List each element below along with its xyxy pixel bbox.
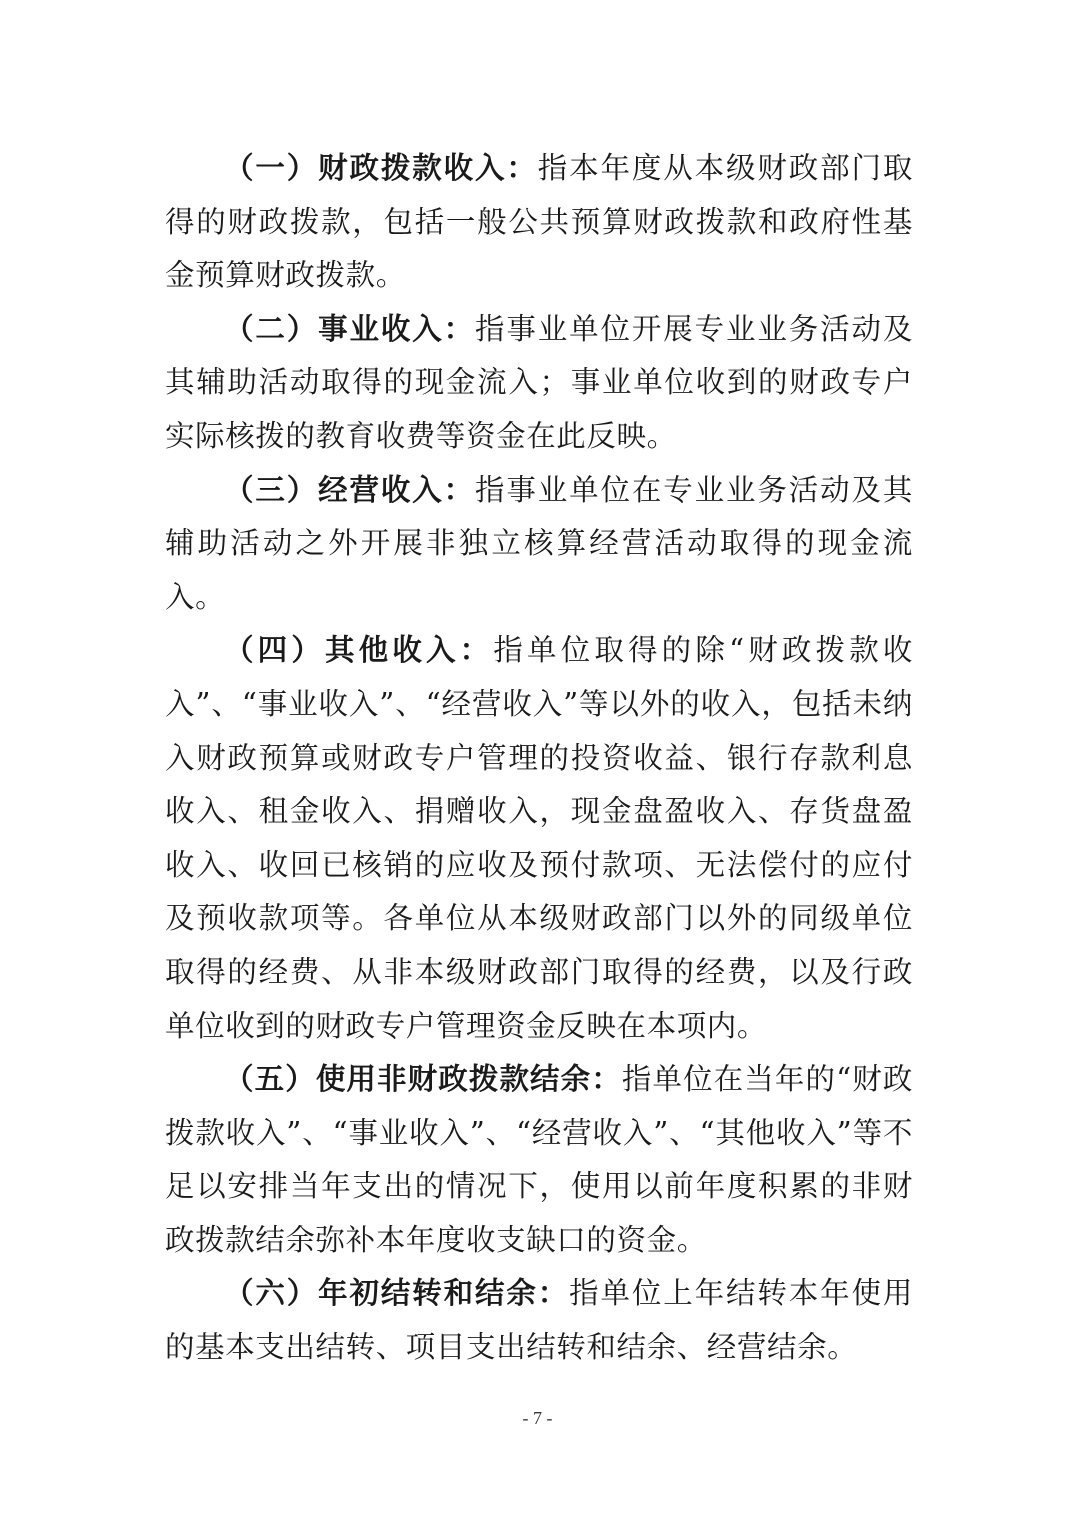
paragraph-business-income: （二）事业收入：指事业单位开展专业业务活动及其辅助活动取得的现金流入；事业单位收… [165, 303, 913, 464]
paragraph-heading: （一）财政拨款收入： [224, 151, 538, 185]
paragraph-non-fiscal-balance-use: （五）使用非财政拨款结余：指单位在当年的“财政拨款收入”、“事业收入”、“经营收… [165, 1053, 913, 1267]
paragraph-heading: （五）使用非财政拨款结余： [224, 1062, 622, 1096]
paragraph-heading: （三）经营收入： [224, 473, 475, 507]
document-page: （一）财政拨款收入：指本年度从本级财政部门取得的财政拨款，包括一般公共预算财政拨… [165, 142, 913, 1375]
paragraph-heading: （四）其他收入： [224, 633, 493, 667]
paragraph-fiscal-appropriation-income: （一）财政拨款收入：指本年度从本级财政部门取得的财政拨款，包括一般公共预算财政拨… [165, 142, 913, 303]
paragraph-operating-income: （三）经营收入：指事业单位在专业业务活动及其辅助活动之外开展非独立核算经营活动取… [165, 464, 913, 625]
paragraph-heading: （六）年初结转和结余： [224, 1276, 569, 1310]
page-number: - 7 - [0, 1408, 1075, 1429]
paragraph-opening-carryover: （六）年初结转和结余：指单位上年结转本年使用的基本支出结转、项目支出结转和结余、… [165, 1267, 913, 1374]
paragraph-heading: （二）事业收入： [224, 312, 475, 346]
paragraph-body: 指单位取得的除“财政拨款收入”、“事业收入”、“经营收入”等以外的收入，包括未纳… [165, 633, 913, 1042]
paragraph-other-income: （四）其他收入：指单位取得的除“财政拨款收入”、“事业收入”、“经营收入”等以外… [165, 624, 913, 1053]
